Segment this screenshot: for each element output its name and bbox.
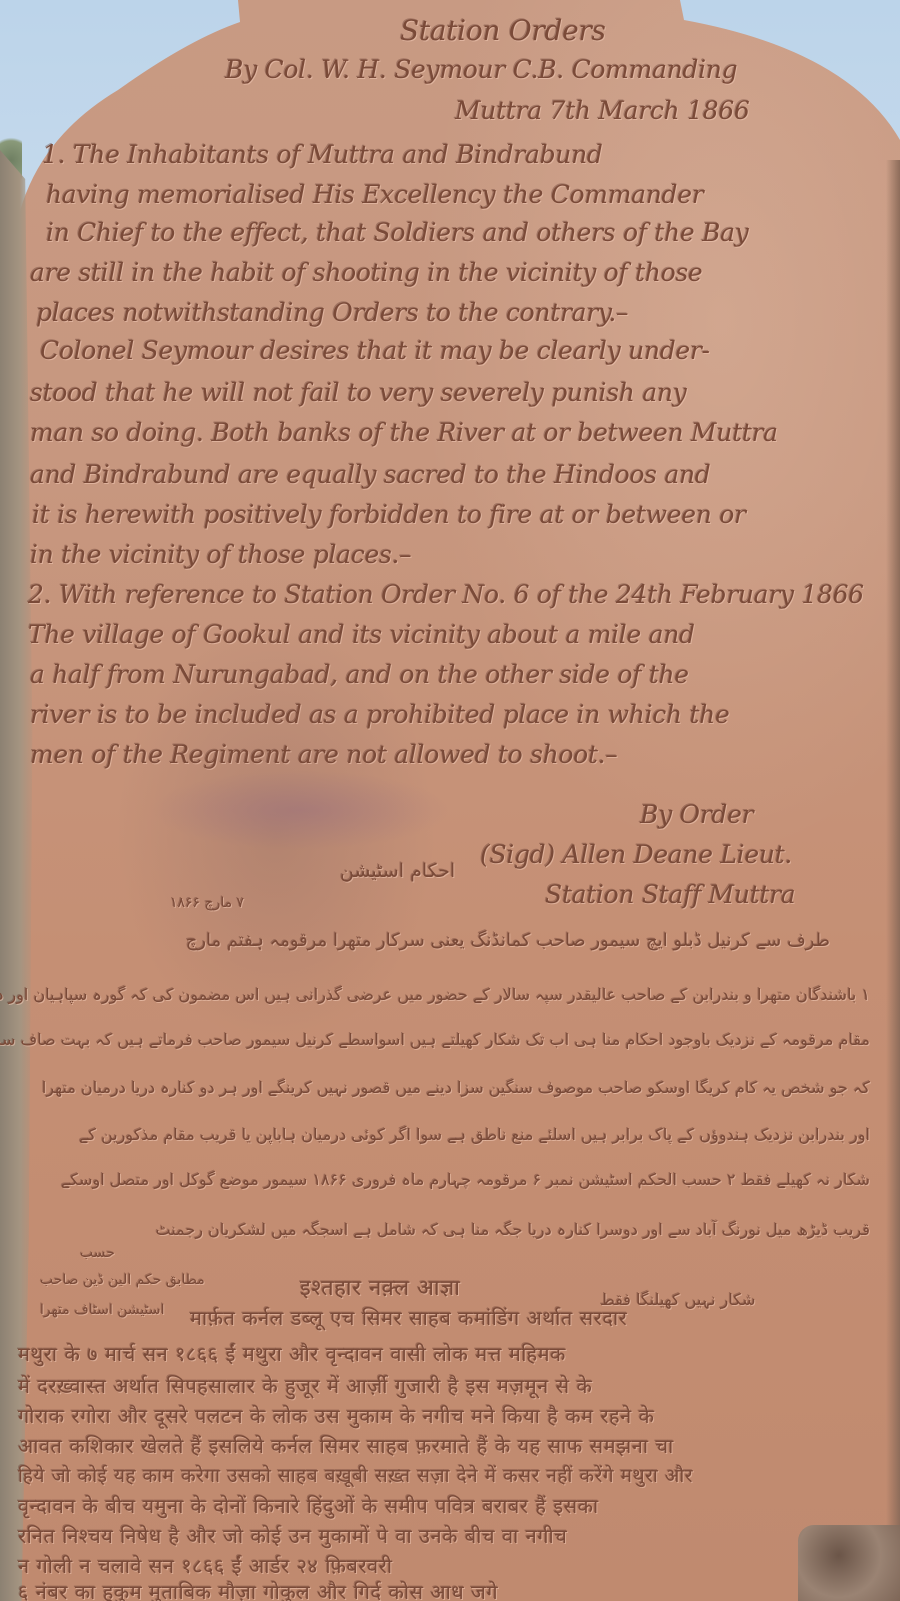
- hindi-line: गोराक रगोरा और दूसरे पलटन के लोक उस मुका…: [18, 1402, 655, 1429]
- urdu-signature: مطابق حکم الین ڈین صاحب: [40, 1272, 205, 1288]
- weathered-right-edge: [886, 160, 900, 1601]
- hindi-line: में दरख़्वास्त अर्थात सिपहसालार के हुजूर…: [18, 1372, 592, 1399]
- hindi-line: आवत कशिकार खेलते हैं इसलिये कर्नल सिमर स…: [18, 1432, 674, 1459]
- urdu-heading: احکام اسٹیشن: [340, 860, 455, 882]
- hindi-line: मथुरा के ७ मार्च सन १८६६ ईं मथुरा और वृन…: [18, 1340, 566, 1367]
- english-line: stood that he will not fail to very seve…: [30, 378, 686, 407]
- signature-name: (Sigd) Allen Deane Lieut.: [480, 840, 792, 869]
- english-line: river is to be included as a prohibited …: [30, 700, 729, 729]
- english-line: The village of Gookul and its vicinity a…: [28, 620, 695, 649]
- hindi-line: वृन्दावन के बीच यमुना के दोनों किनारे हि…: [18, 1492, 599, 1519]
- signature-by-order: By Order: [640, 800, 753, 829]
- hindi-line: न गोली न चलावे सन १८६६ ईं आर्डर २४ फ़िबर…: [18, 1552, 393, 1579]
- hindi-line: रनित निश्चय निषेध है और जो कोई उन मुकामो…: [18, 1522, 567, 1549]
- urdu-date: ۷ مارچ ۱۸۶۶: [170, 895, 244, 911]
- english-heading: Station Orders: [400, 14, 606, 47]
- english-line: are still in the habit of shooting in th…: [30, 258, 702, 287]
- signature-title: Station Staff Muttra: [545, 880, 795, 909]
- english-line: a half from Nurungabad, and on the other…: [30, 660, 689, 689]
- hindi-line: ६ नंबर का हुकुम मुताबिक मौज़ा गोकुल और ग…: [18, 1578, 498, 1601]
- english-line: it is herewith positively forbidden to f…: [32, 500, 746, 529]
- english-line: having memorialised His Excellency the C…: [46, 180, 703, 209]
- chipped-corner: [798, 1525, 900, 1601]
- urdu-line: اور بندرابن نزدیک ہندوؤں کے پاک برابر ہی…: [79, 1125, 870, 1144]
- english-dateline: Muttra 7th March 1866: [455, 96, 749, 125]
- urdu-line: کہ جو شخص یہ کام کریگا اوسکو صاحب موصوف …: [42, 1078, 870, 1097]
- urdu-line: طرف سے کرنیل ڈبلو ایچ سیمور صاحب کمانڈنگ…: [186, 930, 830, 951]
- hindi-heading: इश्तहार नक़्ल आज्ञा: [300, 1272, 460, 1302]
- urdu-line: ۱ باشندگان متھرا و بندرابن کے صاحب عالیق…: [0, 985, 870, 1004]
- hindi-line: मार्फ़त कर्नल डब्लू एच सिमर साहब कमांडिं…: [190, 1304, 627, 1331]
- urdu-line: شکار نہ کھیلے فقط ۲ حسب الحکم اسٹیشن نمب…: [61, 1170, 870, 1189]
- stain-patch: [150, 770, 450, 850]
- english-line: in Chief to the effect, that Soldiers an…: [46, 218, 749, 247]
- english-line: Colonel Seymour desires that it may be c…: [40, 336, 710, 365]
- urdu-line: مقام مرقومہ کے نزدیک باوجود احکام منا ہی…: [0, 1030, 870, 1049]
- english-byline: By Col. W. H. Seymour C.B. Commanding: [225, 55, 737, 84]
- english-line: man so doing. Both banks of the River at…: [30, 418, 778, 447]
- urdu-signature: اسٹیشن اسٹاف متھرا: [40, 1302, 165, 1318]
- english-line: and Bindrabund are equally sacred to the…: [30, 460, 710, 489]
- english-line: places notwithstanding Orders to the con…: [36, 298, 628, 327]
- english-line: men of the Regiment are not allowed to s…: [30, 740, 618, 769]
- english-line: in the vicinity of those places.–: [30, 540, 411, 569]
- urdu-signature: حسب: [80, 1245, 115, 1261]
- english-line: 2. With reference to Station Order No. 6…: [28, 580, 864, 609]
- hindi-line: हिये जो कोई यह काम करेगा उसको साहब बख़ूब…: [18, 1462, 693, 1488]
- english-line: 1. The Inhabitants of Muttra and Bindrab…: [42, 140, 603, 169]
- urdu-line: قریب ڈیڑھ میل نورنگ آباد سے اور دوسرا کن…: [156, 1220, 870, 1239]
